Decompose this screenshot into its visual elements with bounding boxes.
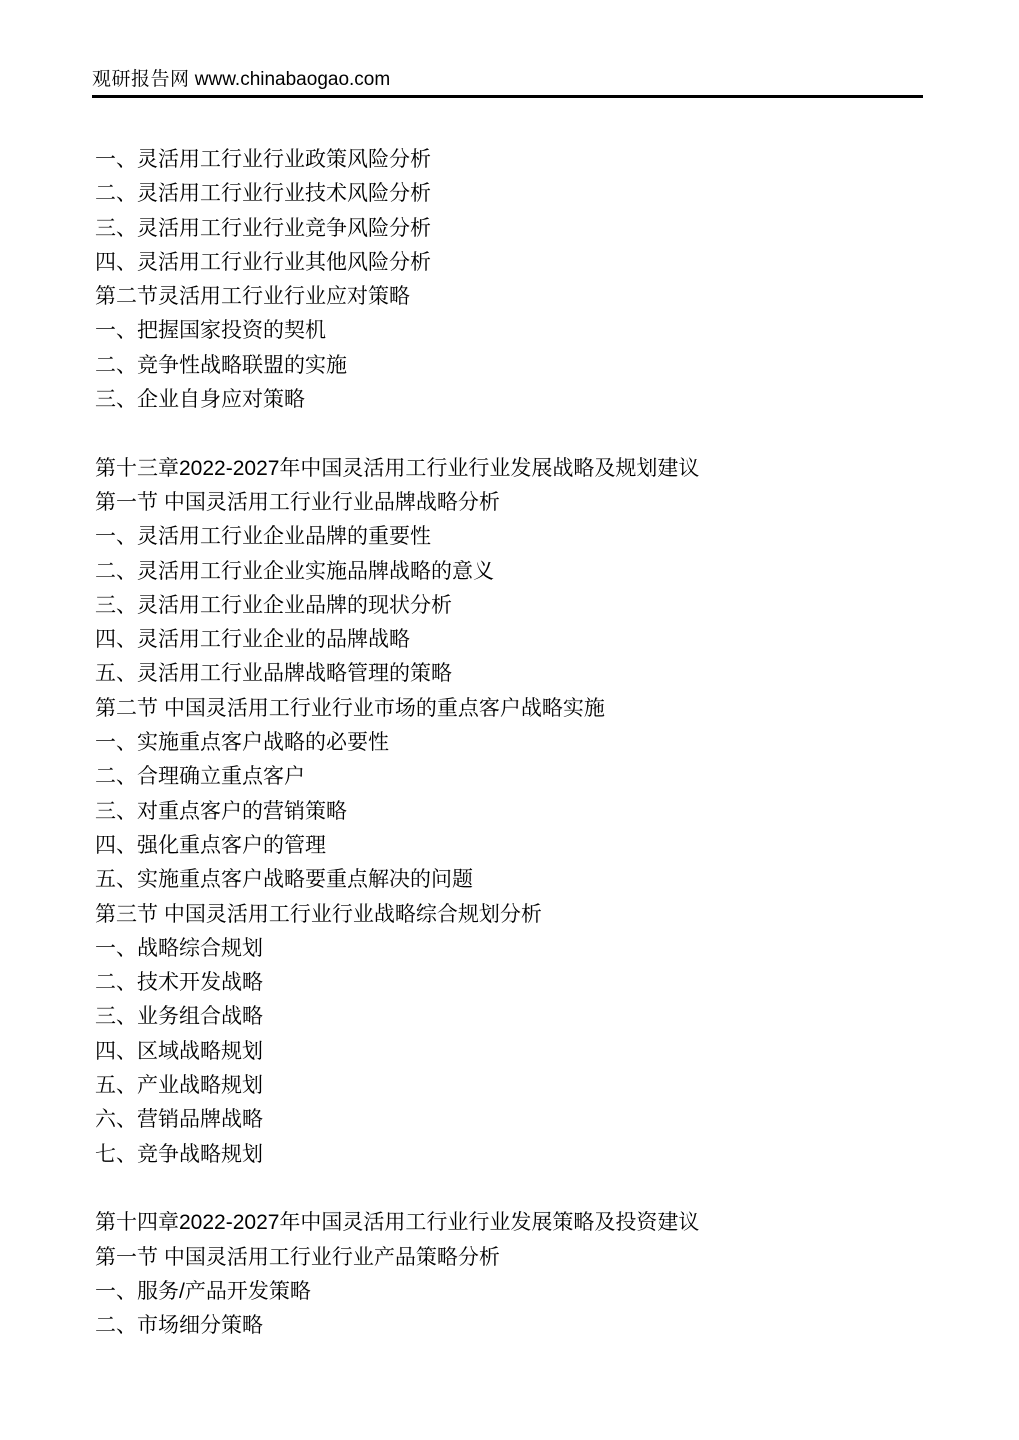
toc-section: 第一节 中国灵活用工行业行业品牌战略分析 <box>95 486 925 520</box>
page-header: 观研报告网 www.chinabaogao.com <box>92 68 390 92</box>
toc-item: 二、竞争性战略联盟的实施 <box>95 349 925 383</box>
toc-item: 四、强化重点客户的管理 <box>95 829 925 863</box>
toc-section: 第三节 中国灵活用工行业行业战略综合规划分析 <box>95 898 925 932</box>
toc-item: 一、服务/产品开发策略 <box>95 1275 925 1309</box>
toc-item: 四、区域战略规划 <box>95 1035 925 1069</box>
toc-item: 三、灵活用工行业企业品牌的现状分析 <box>95 589 925 623</box>
toc-item: 二、灵活用工行业行业技术风险分析 <box>95 177 925 211</box>
toc-item: 三、企业自身应对策略 <box>95 383 925 417</box>
toc-item: 一、灵活用工行业企业品牌的重要性 <box>95 520 925 554</box>
toc-item: 二、灵活用工行业企业实施品牌战略的意义 <box>95 555 925 589</box>
toc-chapter: 第十四章2022-2027年中国灵活用工行业行业发展策略及投资建议 <box>95 1206 925 1240</box>
toc-section: 第一节 中国灵活用工行业行业产品策略分析 <box>95 1241 925 1275</box>
toc-item: 一、实施重点客户战略的必要性 <box>95 726 925 760</box>
toc-item: 四、灵活用工行业企业的品牌战略 <box>95 623 925 657</box>
toc-section: 第二节 中国灵活用工行业行业市场的重点客户战略实施 <box>95 692 925 726</box>
toc-lines: 一、灵活用工行业行业政策风险分析二、灵活用工行业行业技术风险分析三、灵活用工行业… <box>95 143 925 1343</box>
toc-spacer <box>95 417 925 451</box>
toc-item: 五、灵活用工行业品牌战略管理的策略 <box>95 657 925 691</box>
toc-item: 七、竞争战略规划 <box>95 1138 925 1172</box>
toc-item: 一、灵活用工行业行业政策风险分析 <box>95 143 925 177</box>
header-divider <box>92 95 923 98</box>
toc-item: 四、灵活用工行业行业其他风险分析 <box>95 246 925 280</box>
toc-section: 第二节灵活用工行业行业应对策略 <box>95 280 925 314</box>
toc-spacer <box>95 1172 925 1206</box>
toc-item: 六、营销品牌战略 <box>95 1103 925 1137</box>
toc-item: 二、技术开发战略 <box>95 966 925 1000</box>
toc-item: 一、战略综合规划 <box>95 932 925 966</box>
toc-chapter: 第十三章2022-2027年中国灵活用工行业行业发展战略及规划建议 <box>95 452 925 486</box>
toc-item: 五、实施重点客户战略要重点解决的问题 <box>95 863 925 897</box>
toc-item: 二、市场细分策略 <box>95 1309 925 1343</box>
site-url: www.chinabaogao.com <box>195 69 390 90</box>
toc-item: 一、把握国家投资的契机 <box>95 314 925 348</box>
toc-item: 三、业务组合战略 <box>95 1000 925 1034</box>
toc-item: 三、对重点客户的营销策略 <box>95 795 925 829</box>
site-name: 观研报告网 <box>92 69 190 90</box>
toc-item: 三、灵活用工行业行业竞争风险分析 <box>95 212 925 246</box>
toc-item: 五、产业战略规划 <box>95 1069 925 1103</box>
toc-item: 二、合理确立重点客户 <box>95 760 925 794</box>
